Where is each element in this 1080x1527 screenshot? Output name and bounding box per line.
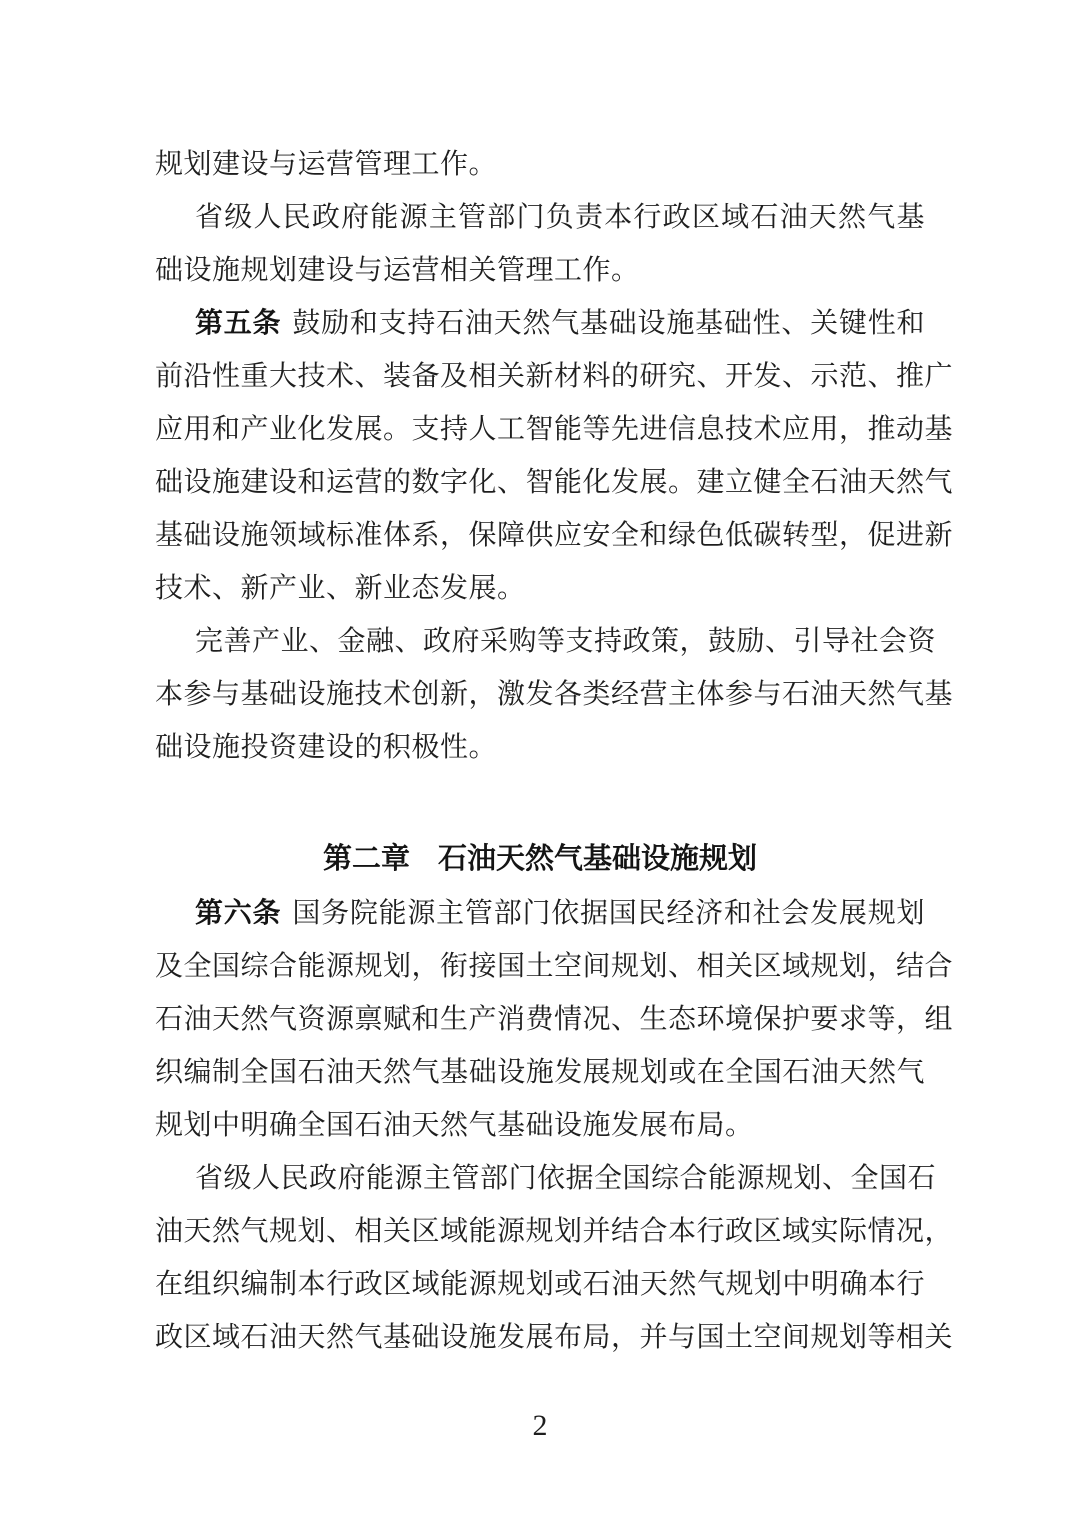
line-text: 省级人民政府能源主管部门依据全国综合能源规划、全国石	[195, 1163, 936, 1194]
text-line: 前沿性重大技术、装备及相关新材料的研究、开发、示范、推广	[155, 349, 925, 402]
text-line: 础设施规划建设与运营相关管理工作。	[155, 243, 925, 296]
chapter-title: 石油天然气基础设施规划	[438, 843, 757, 875]
text-line: 省级人民政府能源主管部门负责本行政区域石油天然气基	[155, 190, 925, 243]
line-text: 鼓励和支持石油天然气基础设施基础性、关键性和	[292, 308, 925, 339]
line-text: 技术、新产业、新业态发展。	[155, 573, 526, 604]
text-line: 础设施建设和运营的数字化、智能化发展。建立健全石油天然气	[155, 455, 925, 508]
line-text: 及全国综合能源规划，衔接国土空间规划、相关区域规划，结合	[155, 951, 953, 982]
text-line: 规划中明确全国石油天然气基础设施发展布局。	[155, 1098, 925, 1151]
text-line: 政区域石油天然气基础设施发展布局，并与国土空间规划等相关	[155, 1310, 925, 1363]
line-text: 基础设施领域标准体系，保障供应安全和绿色低碳转型，促进新	[155, 520, 953, 551]
line-text: 石油天然气资源禀赋和生产消费情况、生态环境保护要求等，组	[155, 1004, 953, 1035]
text-line: 第五条鼓励和支持石油天然气基础设施基础性、关键性和	[155, 296, 925, 349]
text-line: 石油天然气资源禀赋和生产消费情况、生态环境保护要求等，组	[155, 992, 925, 1045]
text-line: 织编制全国石油天然气基础设施发展规划或在全国石油天然气	[155, 1045, 925, 1098]
line-text: 本参与基础设施技术创新，激发各类经营主体参与石油天然气基	[155, 679, 953, 710]
line-text: 国务院能源主管部门依据国民经济和社会发展规划	[292, 898, 925, 929]
line-text: 规划建设与运营管理工作。	[155, 149, 497, 180]
line-text: 应用和产业化发展。支持人工智能等先进信息技术应用，推动基	[155, 414, 953, 445]
text-line: 规划建设与运营管理工作。	[155, 137, 925, 190]
chapter-number: 第二章	[323, 843, 410, 875]
text-line: 完善产业、金融、政府采购等支持政策，鼓励、引导社会资	[155, 614, 925, 667]
text-line: 油天然气规划、相关区域能源规划并结合本行政区域实际情况，	[155, 1204, 925, 1257]
document-page: { "doc": { "page_number": "2", "chapter_…	[0, 0, 1080, 1527]
line-text: 省级人民政府能源主管部门负责本行政区域石油天然气基	[195, 202, 925, 233]
line-text: 础设施建设和运营的数字化、智能化发展。建立健全石油天然气	[155, 467, 953, 498]
line-text: 完善产业、金融、政府采购等支持政策，鼓励、引导社会资	[195, 626, 936, 657]
text-line: 础设施投资建设的积极性。	[155, 720, 925, 773]
line-text: 础设施规划建设与运营相关管理工作。	[155, 255, 640, 286]
text-line: 技术、新产业、新业态发展。	[155, 561, 925, 614]
article-label: 第六条	[195, 897, 281, 928]
page-content: 规划建设与运营管理工作。 省级人民政府能源主管部门负责本行政区域石油天然气基 础…	[155, 137, 925, 1363]
text-line: 及全国综合能源规划，衔接国土空间规划、相关区域规划，结合	[155, 939, 925, 992]
line-text: 织编制全国石油天然气基础设施发展规划或在全国石油天然气	[155, 1057, 925, 1088]
chapter-heading: 第二章石油天然气基础设施规划	[155, 833, 925, 886]
line-text: 政区域石油天然气基础设施发展布局，并与国土空间规划等相关	[155, 1322, 953, 1353]
text-line: 省级人民政府能源主管部门依据全国综合能源规划、全国石	[155, 1151, 925, 1204]
text-line: 应用和产业化发展。支持人工智能等先进信息技术应用，推动基	[155, 402, 925, 455]
line-text: 在组织编制本行政区域能源规划或石油天然气规划中明确本行	[155, 1269, 925, 1300]
page-number: 2	[0, 1399, 1080, 1452]
text-line: 基础设施领域标准体系，保障供应安全和绿色低碳转型，促进新	[155, 508, 925, 561]
text-line: 在组织编制本行政区域能源规划或石油天然气规划中明确本行	[155, 1257, 925, 1310]
text-line: 第六条国务院能源主管部门依据国民经济和社会发展规划	[155, 886, 925, 939]
line-text: 前沿性重大技术、装备及相关新材料的研究、开发、示范、推广	[155, 361, 953, 392]
text-line: 本参与基础设施技术创新，激发各类经营主体参与石油天然气基	[155, 667, 925, 720]
article-label: 第五条	[195, 307, 281, 338]
line-text: 规划中明确全国石油天然气基础设施发展布局。	[155, 1110, 754, 1141]
line-text: 础设施投资建设的积极性。	[155, 732, 497, 763]
line-text: 油天然气规划、相关区域能源规划并结合本行政区域实际情况，	[155, 1216, 953, 1247]
